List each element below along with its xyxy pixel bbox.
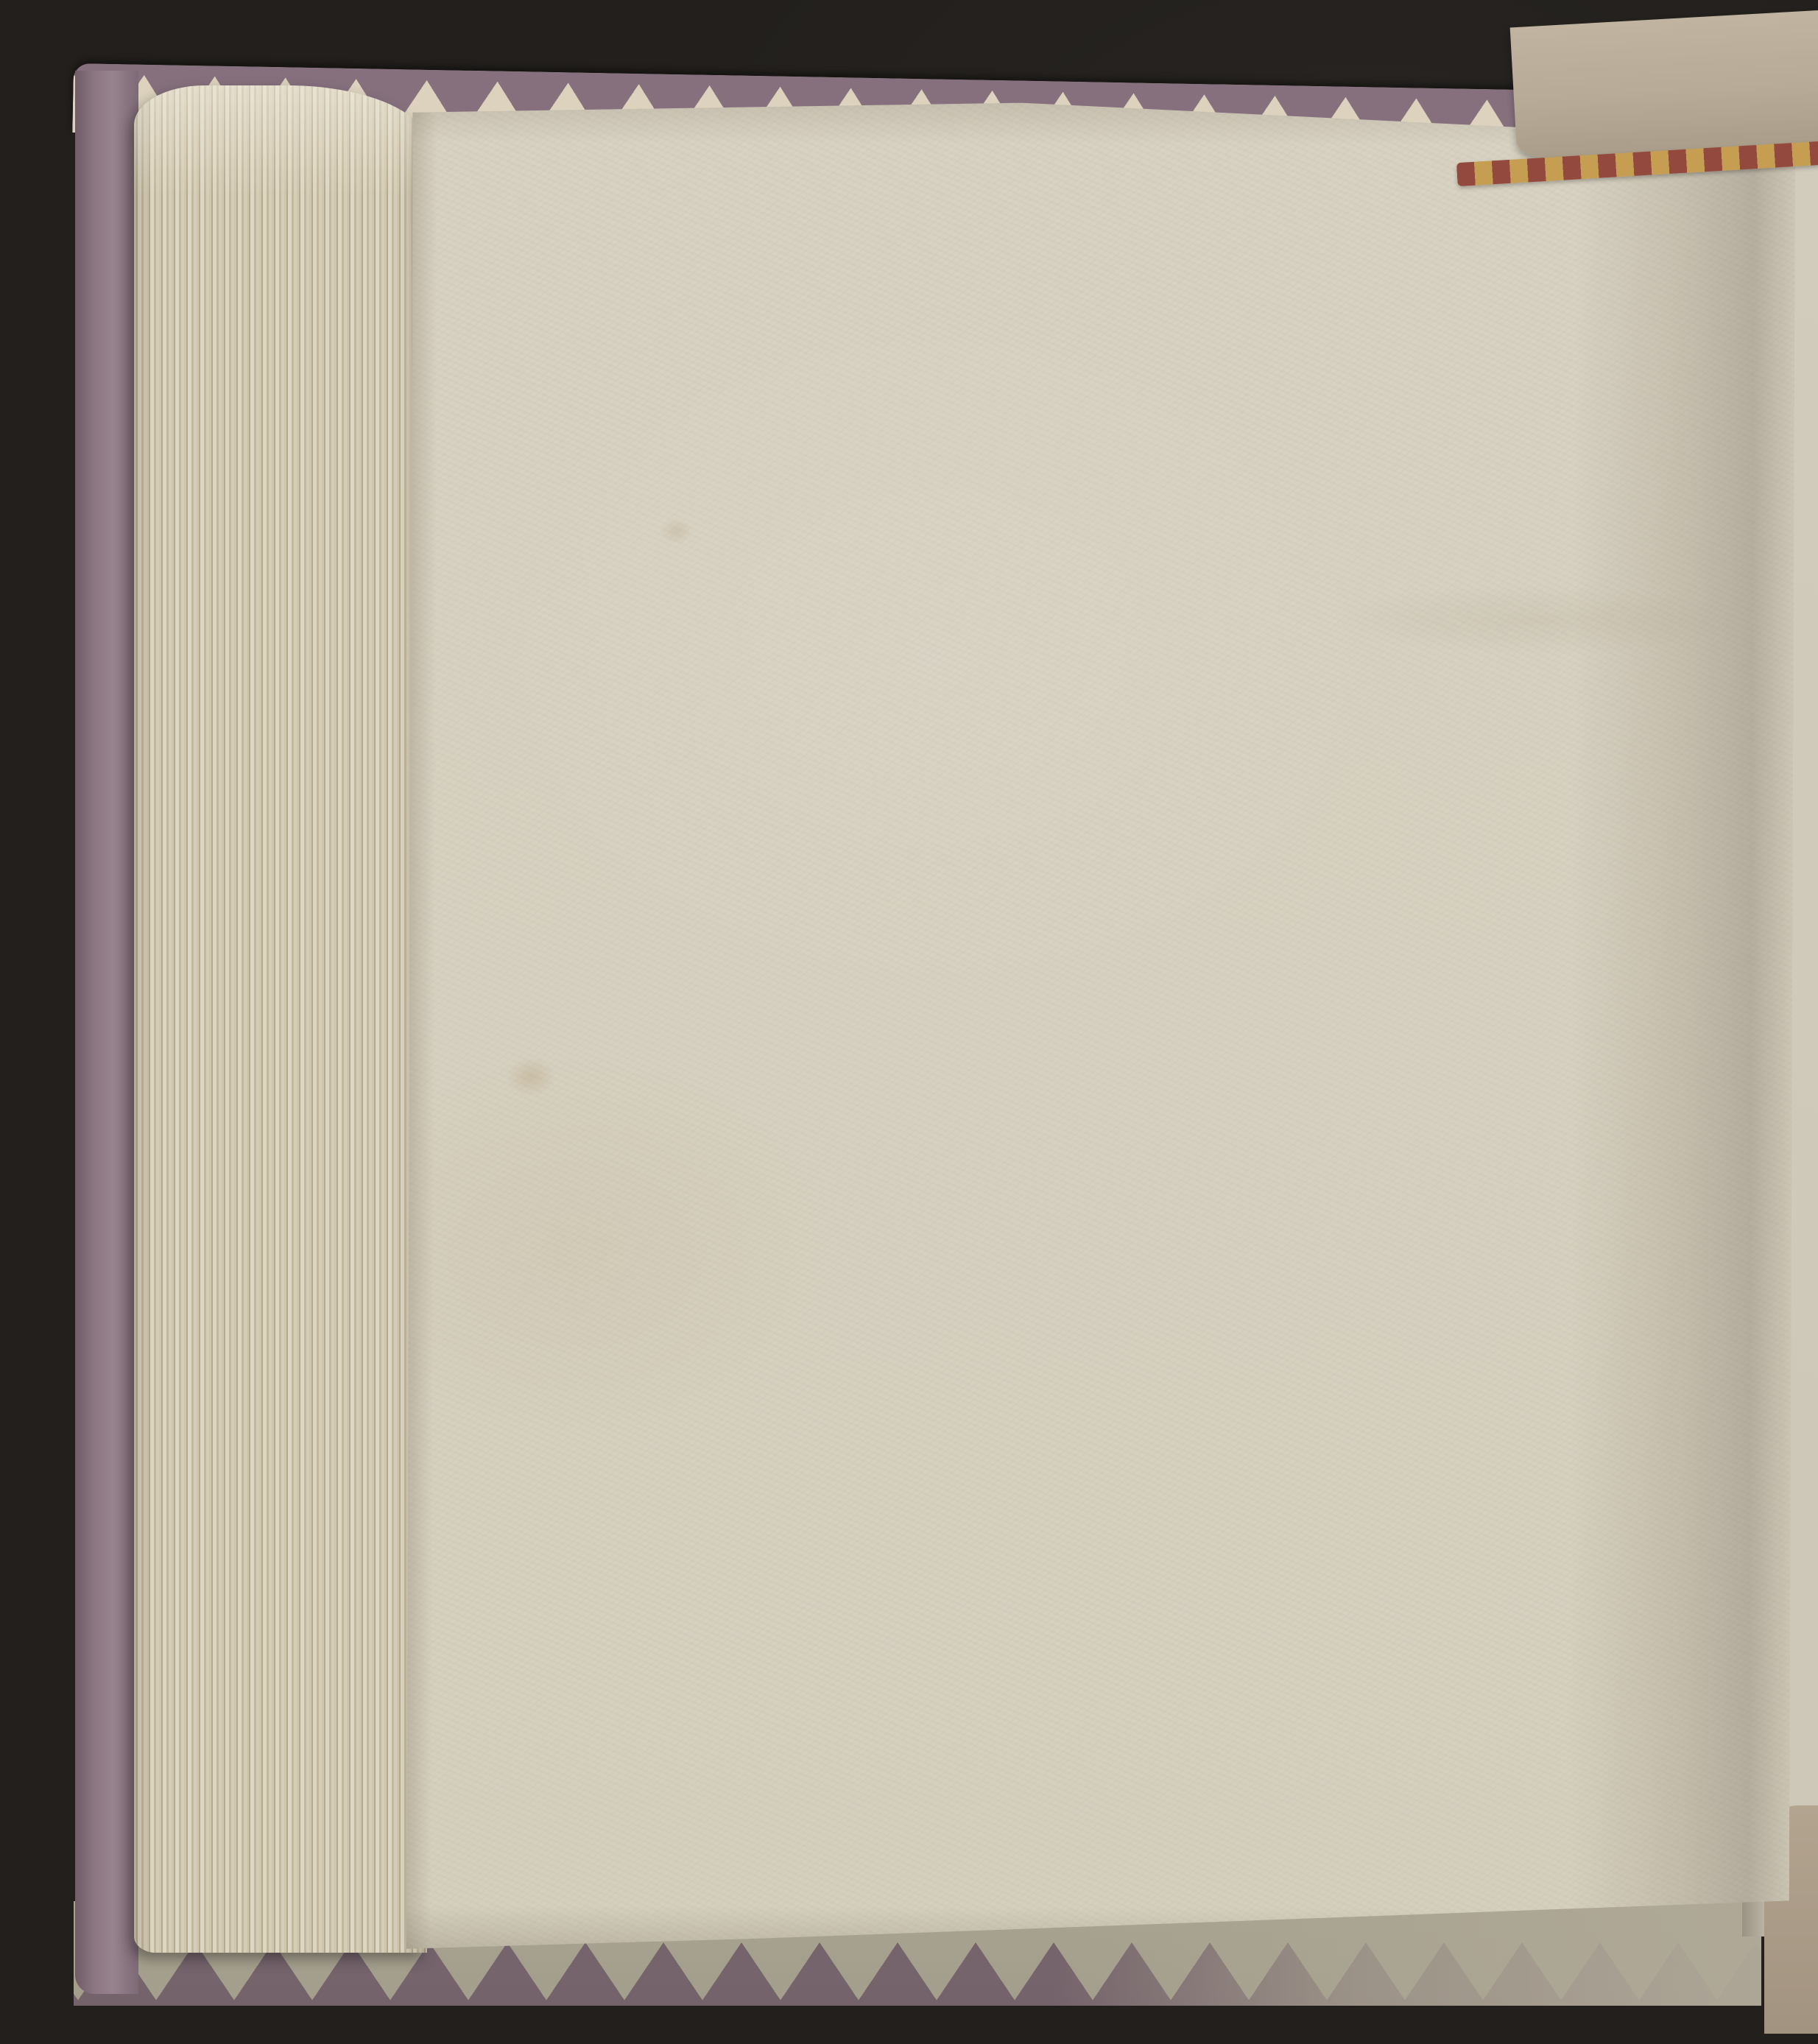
cover-hinge-top-right xyxy=(1510,10,1818,163)
book-cover-left-border xyxy=(75,71,138,1994)
page-surface xyxy=(406,101,1796,1957)
paper-stain xyxy=(1280,575,1795,665)
page-stack-fore-edges xyxy=(134,85,427,1953)
paper-stain xyxy=(654,514,698,548)
paper-stain xyxy=(498,1051,564,1102)
scanned-book-photo xyxy=(0,0,1818,2044)
